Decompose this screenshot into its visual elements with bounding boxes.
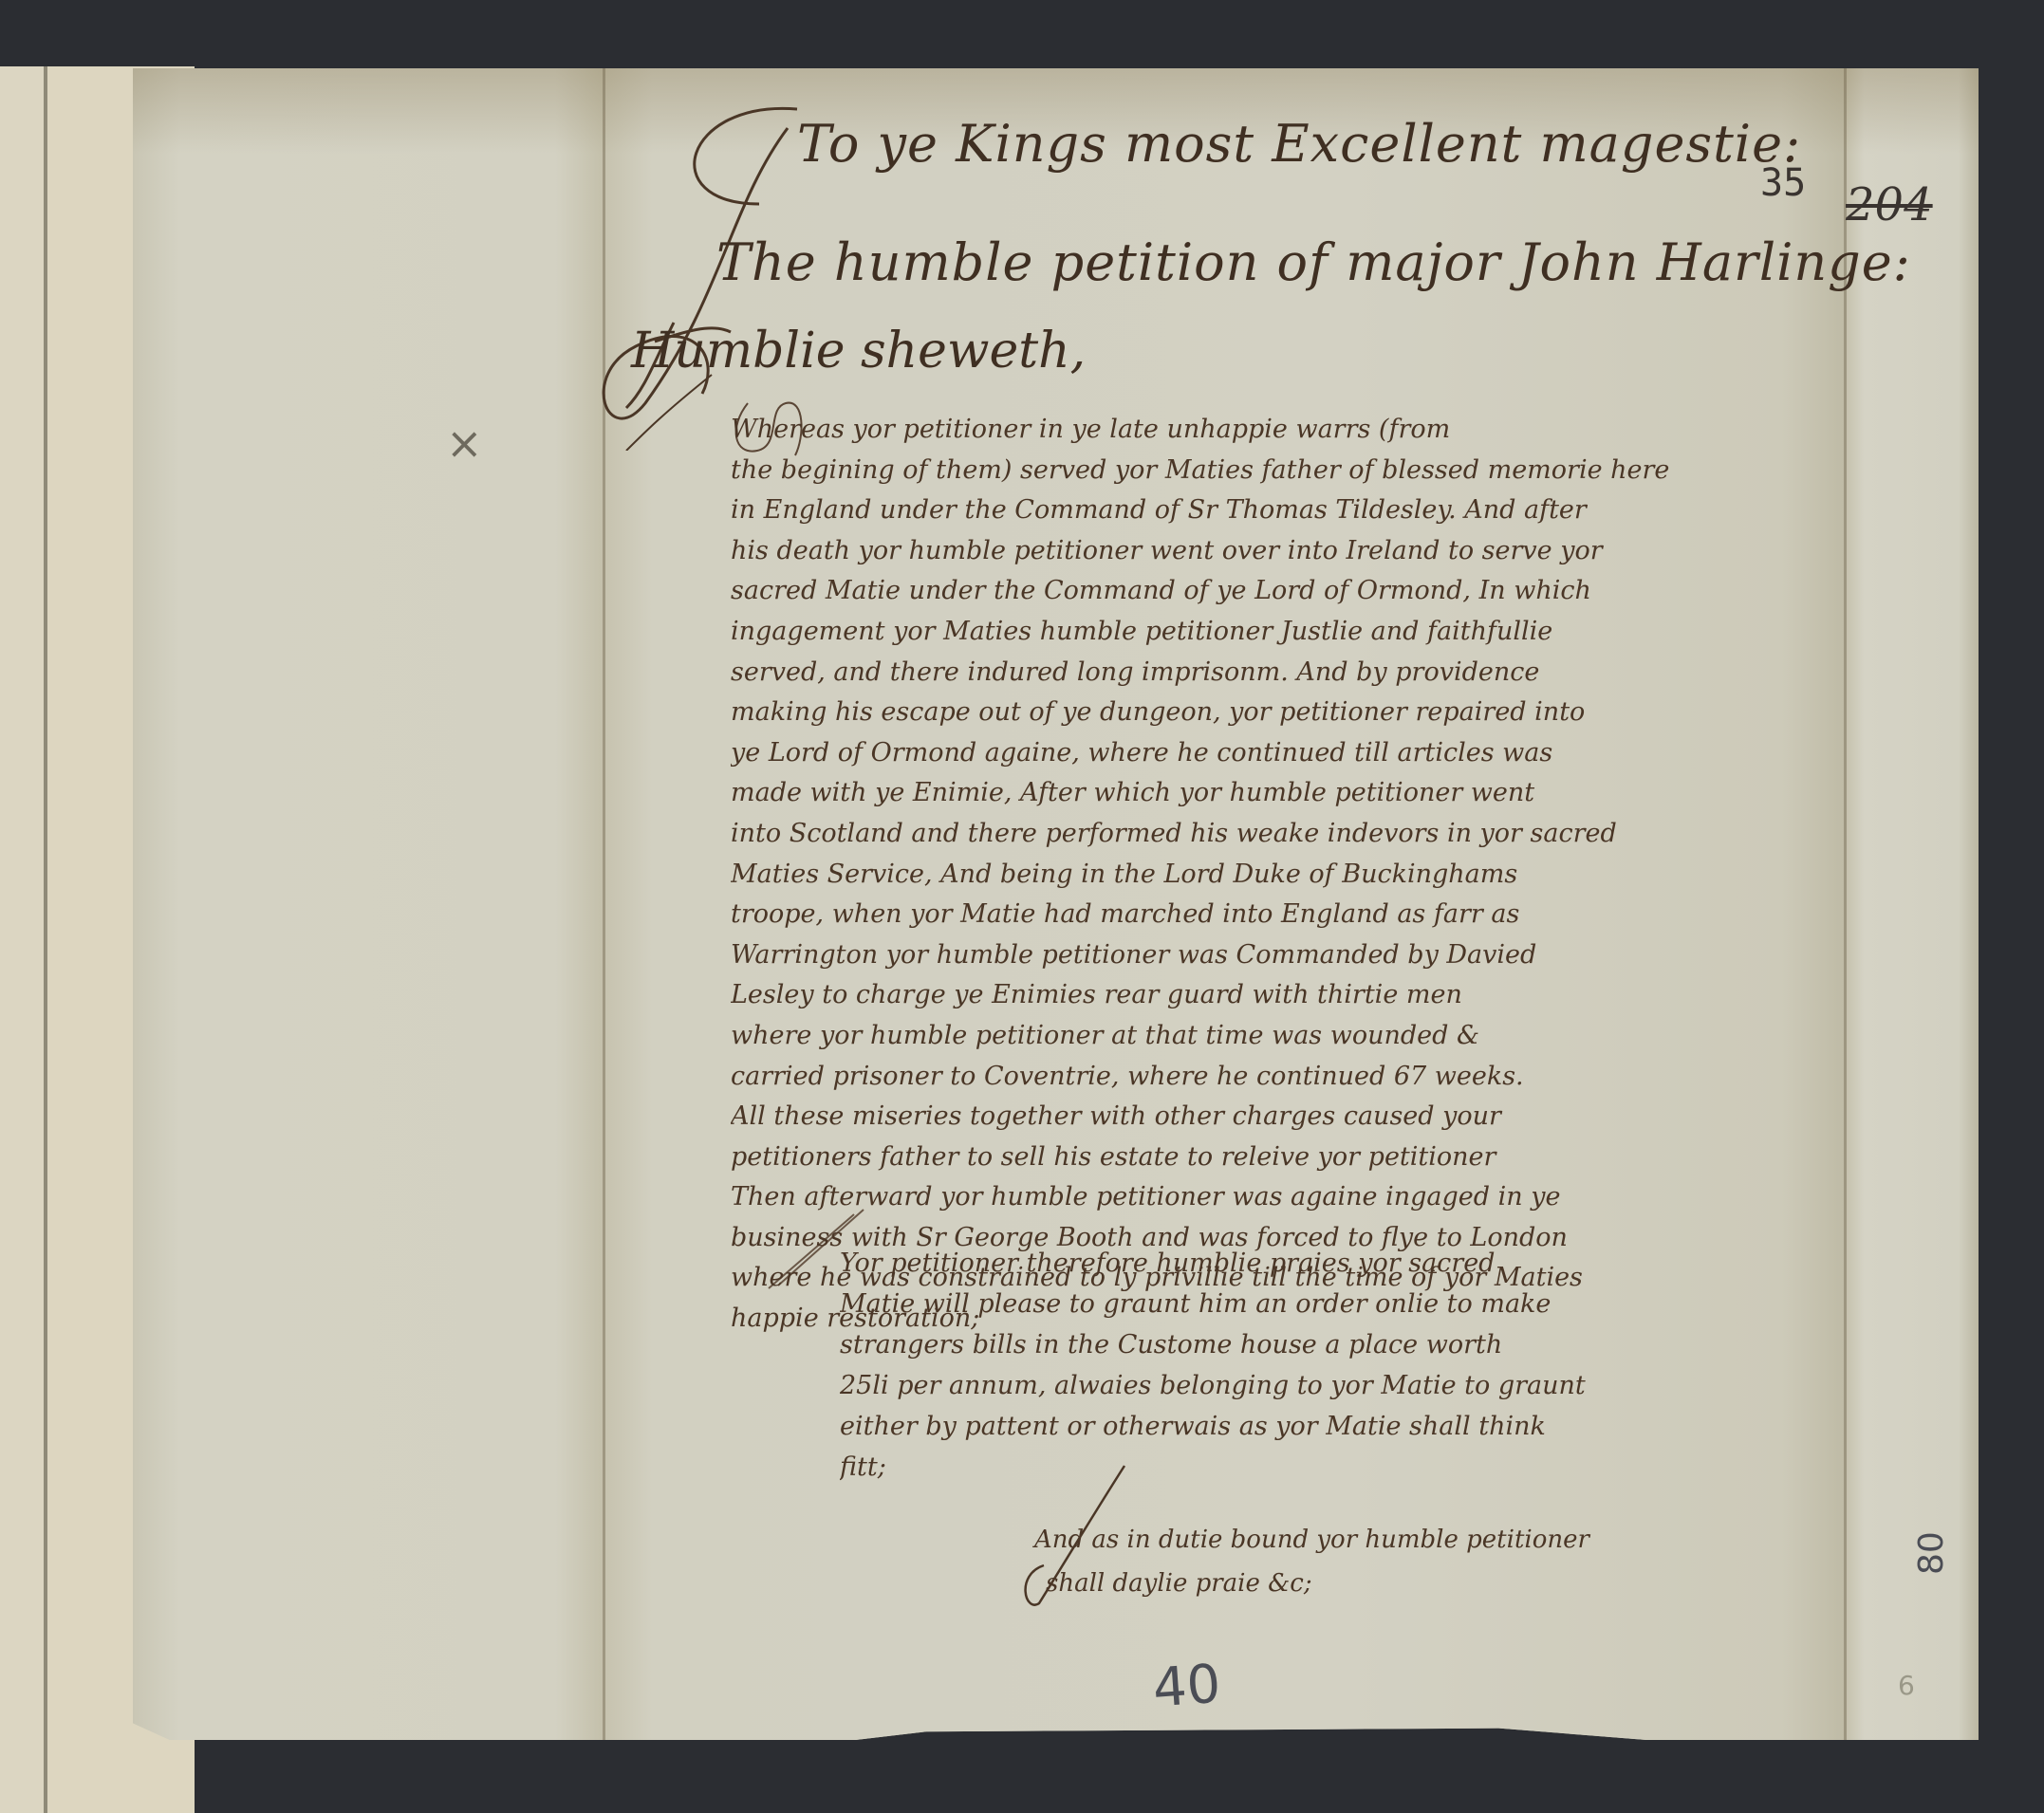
body-line: served, and there indured long imprisonm… xyxy=(731,653,1898,694)
prayer-line: Yor petitioner therefore humblie praies … xyxy=(840,1243,1893,1284)
body-line: made with ye Enimie, After which yor hum… xyxy=(731,773,1898,814)
folio-old-struck: 204 xyxy=(1846,178,1933,231)
petition-closing: And as in dutie bound yor humble petitio… xyxy=(1034,1518,1888,1605)
closing-line: shall daylie praie &c; xyxy=(1034,1562,1888,1605)
body-line: ye Lord of Ormond againe, where he conti… xyxy=(731,733,1898,774)
petition-body: Whereas yor petitioner in ye late unhapp… xyxy=(731,410,1898,1340)
blank-left-panel xyxy=(133,68,603,1740)
prayer-line: either by pattent or otherwais as yor Ma… xyxy=(840,1406,1893,1447)
body-line: troope, when yor Matie had marched into … xyxy=(731,895,1898,935)
prayer-line: strangers bills in the Custome house a p… xyxy=(840,1324,1893,1365)
body-line: All these miseries together with other c… xyxy=(731,1097,1898,1138)
margin-note: 80 xyxy=(1912,1531,1951,1575)
page-number-pencil: 40 xyxy=(1151,1654,1223,1720)
margin-note-faint: 6 xyxy=(1898,1670,1915,1701)
body-line: his death yor humble petitioner went ove… xyxy=(731,531,1898,572)
body-line: carried prisoner to Coventrie, where he … xyxy=(731,1057,1898,1098)
left-mount-strip xyxy=(0,66,44,1813)
body-line: making his escape out of ye dungeon, yor… xyxy=(731,693,1898,733)
salutation: Humblie sheweth, xyxy=(631,323,1086,379)
body-line: Then afterward yor humble petitioner was… xyxy=(731,1177,1898,1218)
petition-title: The humble petition of major John Harlin… xyxy=(716,232,1911,292)
address-line: To ye Kings most Excellent magestie: xyxy=(797,114,1801,174)
fold-line xyxy=(603,68,605,1740)
folio-stamp: 35 xyxy=(1760,161,1806,205)
prayer-line: fitt; xyxy=(840,1447,1893,1488)
prayer-line: Matie will please to graunt him an order… xyxy=(840,1284,1893,1324)
body-line: where yor humble petitioner at that time… xyxy=(731,1016,1898,1057)
petition-prayer: Yor petitioner therefore humblie praies … xyxy=(840,1243,1893,1488)
body-line: petitioners father to sell his estate to… xyxy=(731,1138,1898,1178)
body-line: Lesley to charge ye Enimies rear guard w… xyxy=(731,975,1898,1016)
body-line: in England under the Command of Sr Thoma… xyxy=(731,490,1898,531)
body-line: into Scotland and there performed his we… xyxy=(731,814,1898,855)
body-line: sacred Matie under the Command of ye Lor… xyxy=(731,571,1898,612)
body-line: Warrington yor humble petitioner was Com… xyxy=(731,935,1898,976)
closing-line: And as in dutie bound yor humble petitio… xyxy=(1034,1518,1888,1562)
body-line: Whereas yor petitioner in ye late unhapp… xyxy=(731,410,1898,451)
body-line: the begining of them) served yor Maties … xyxy=(731,451,1898,491)
body-line: Maties Service, And being in the Lord Du… xyxy=(731,855,1898,896)
body-line: ingagement yor Maties humble petitioner … xyxy=(731,612,1898,653)
prayer-line: 25li per annum, alwaies belonging to yor… xyxy=(840,1365,1893,1406)
cross-mark-icon: × xyxy=(446,417,483,469)
